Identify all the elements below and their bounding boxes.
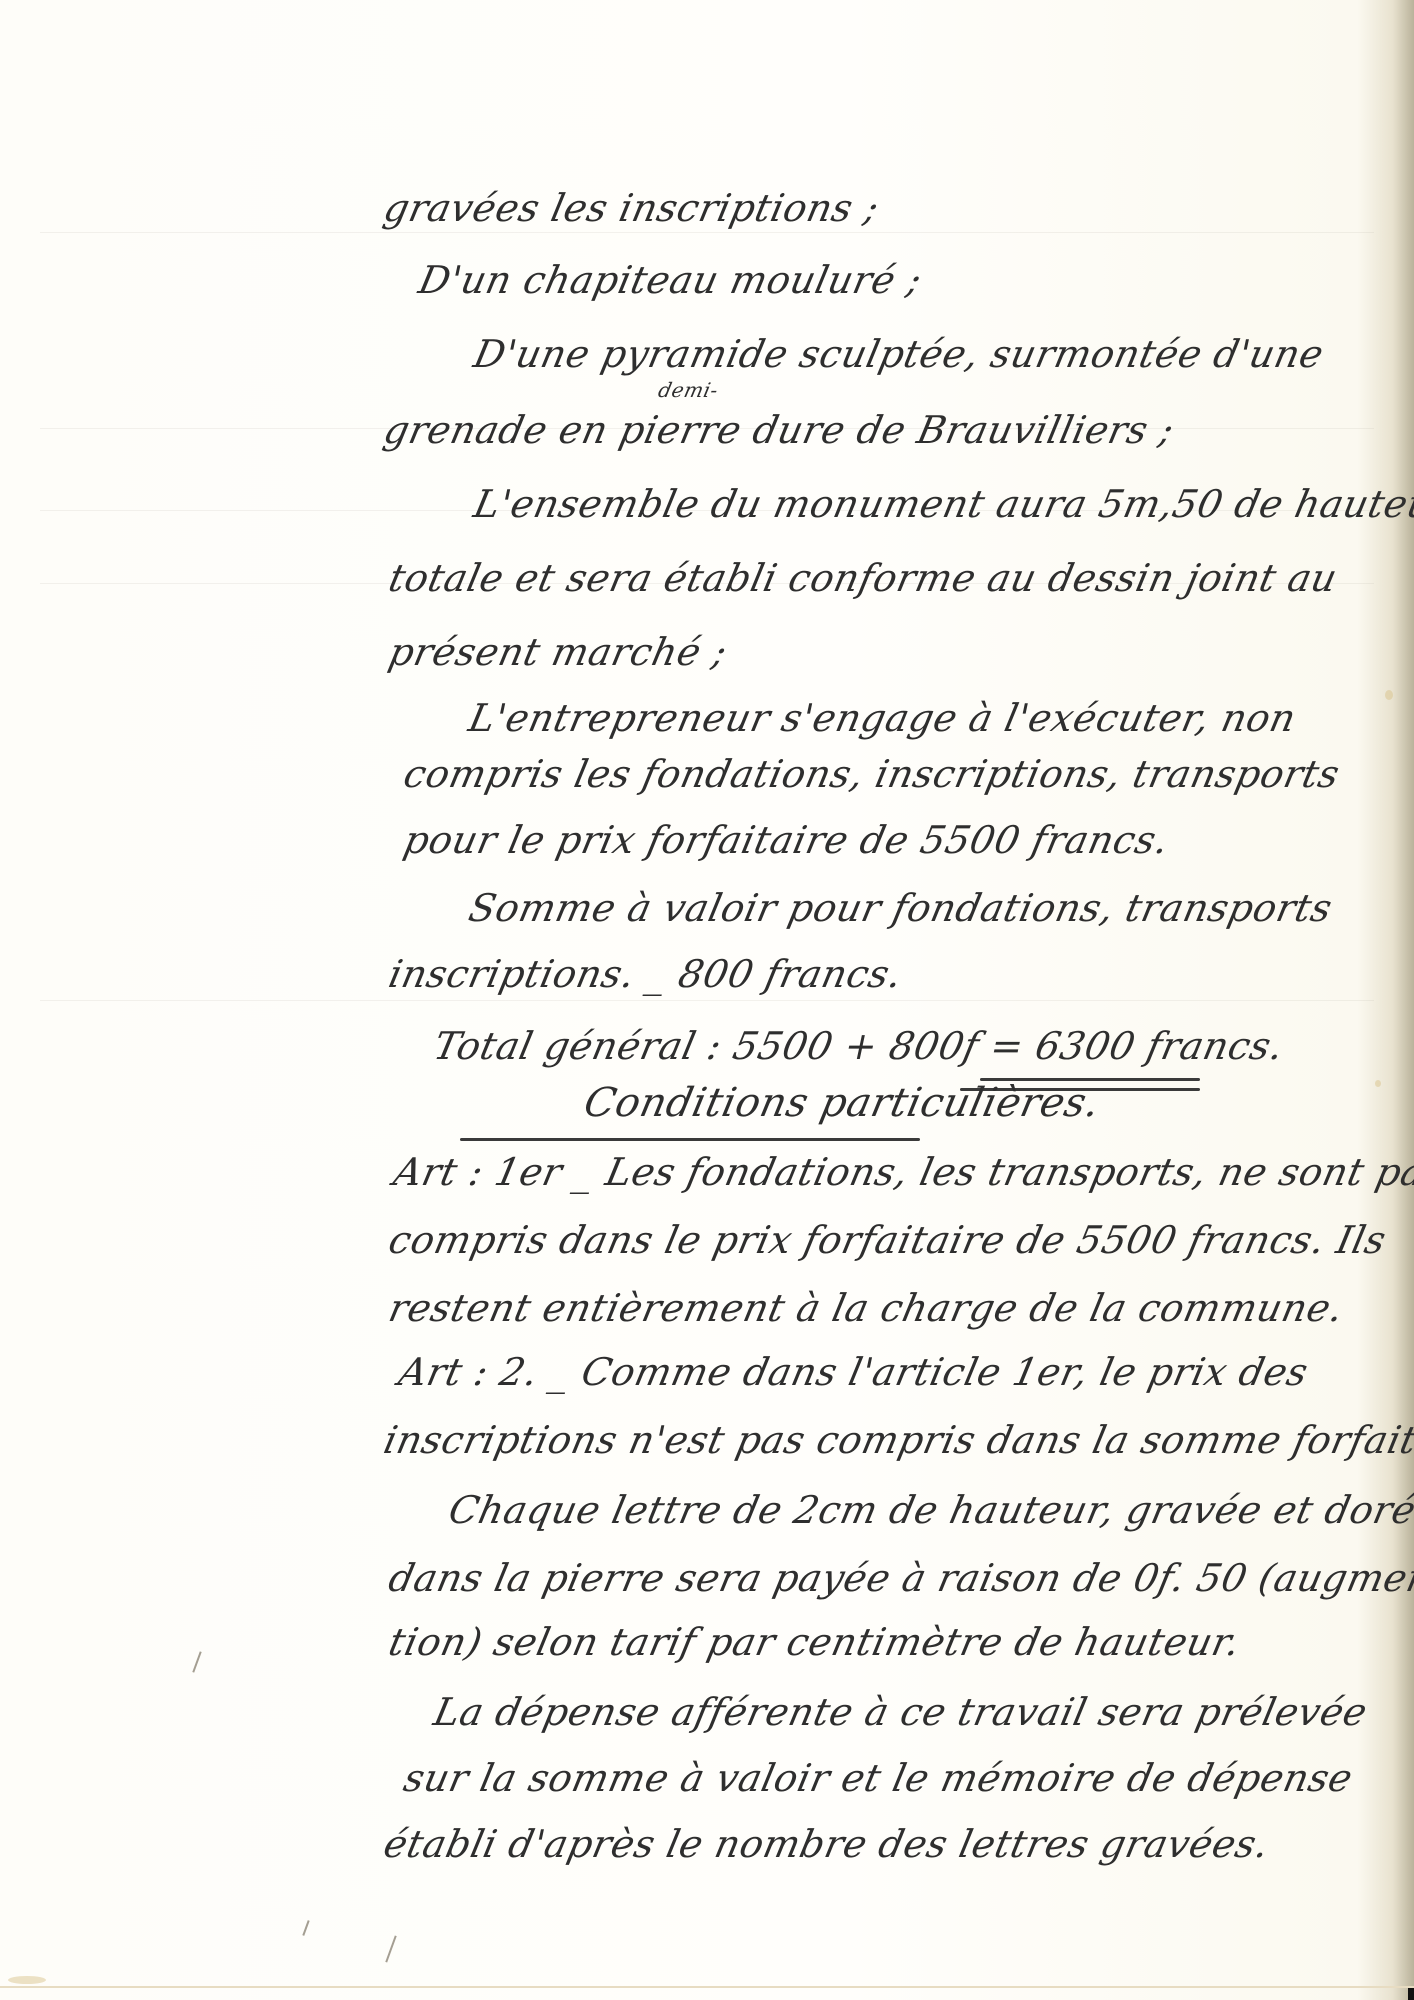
text-line-8: L'entrepreneur s'engage à l'exécuter, no… bbox=[465, 696, 1300, 740]
article-2-line-5: tion) selon tarif par centimètre de haut… bbox=[385, 1620, 1244, 1664]
ruled-line bbox=[40, 232, 1374, 233]
text-line-6: totale et sera établi conforme au dessin… bbox=[385, 556, 1341, 600]
text-line-3: D'une pyramide sculptée, surmontée d'une bbox=[470, 332, 1328, 376]
text-line-11: Somme à valoir pour fondations, transpor… bbox=[465, 886, 1336, 930]
ruled-line bbox=[40, 1000, 1374, 1001]
total-general-line: Total général : 5500 + 800f = 6300 franc… bbox=[430, 1024, 1288, 1068]
pencil-mark bbox=[302, 1920, 309, 1936]
article-1-line-2: compris dans le prix forfaitaire de 5500… bbox=[385, 1218, 1390, 1262]
text-line-4a: grenade en bbox=[380, 408, 612, 452]
closing-line-1: La dépense afférente à ce travail sera p… bbox=[430, 1690, 1371, 1734]
heading-underline bbox=[460, 1138, 920, 1141]
text-line-10: pour le prix forfaitaire de 5500 francs. bbox=[400, 818, 1173, 862]
paper-stain bbox=[1385, 690, 1393, 700]
page-bottom-edge bbox=[0, 1986, 1414, 1988]
article-1-line-3: restent entièrement à la charge de la co… bbox=[385, 1286, 1348, 1330]
text-line-1: gravées les inscriptions ; bbox=[380, 186, 883, 230]
text-line-4b: pierre dure de Brauvilliers ; bbox=[616, 408, 1178, 452]
closing-line-3: établi d'après le nombre des lettres gra… bbox=[380, 1822, 1273, 1866]
text-line-4: grenade en demi- pierre dure de Brauvill… bbox=[380, 408, 1178, 452]
scan-corner-mark bbox=[1408, 1988, 1414, 2000]
article-2-line-3: Chaque lettre de 2cm de hauteur, gravée … bbox=[445, 1488, 1414, 1532]
article-1-line-1: Art : 1er _ Les fondations, les transpor… bbox=[390, 1150, 1414, 1194]
paper-stain bbox=[1375, 1080, 1381, 1087]
paper-stain bbox=[8, 1976, 46, 1984]
handwritten-document-page: gravées les inscriptions ; D'un chapitea… bbox=[0, 0, 1414, 2000]
text-line-5: L'ensemble du monument aura 5m,50 de hau… bbox=[470, 482, 1414, 526]
pencil-mark bbox=[385, 1936, 396, 1963]
article-2-line-1: Art : 2. _ Comme dans l'article 1er, le … bbox=[395, 1350, 1312, 1394]
section-heading: Conditions particulières. bbox=[580, 1080, 1104, 1126]
article-2-line-2: inscriptions n'est pas compris dans la s… bbox=[380, 1418, 1414, 1462]
interlinear-insertion: demi- bbox=[656, 378, 720, 402]
closing-line-2: sur la somme à valoir et le mémoire de d… bbox=[400, 1756, 1357, 1800]
text-line-2: D'un chapiteau mouluré ; bbox=[415, 258, 926, 302]
pencil-mark bbox=[192, 1651, 201, 1672]
text-line-12: inscriptions. _ 800 francs. bbox=[385, 952, 906, 996]
article-2-line-4: dans la pierre sera payée à raison de 0f… bbox=[385, 1556, 1414, 1600]
text-line-9: compris les fondations, inscriptions, tr… bbox=[400, 752, 1344, 796]
text-line-7: présent marché ; bbox=[385, 630, 731, 674]
